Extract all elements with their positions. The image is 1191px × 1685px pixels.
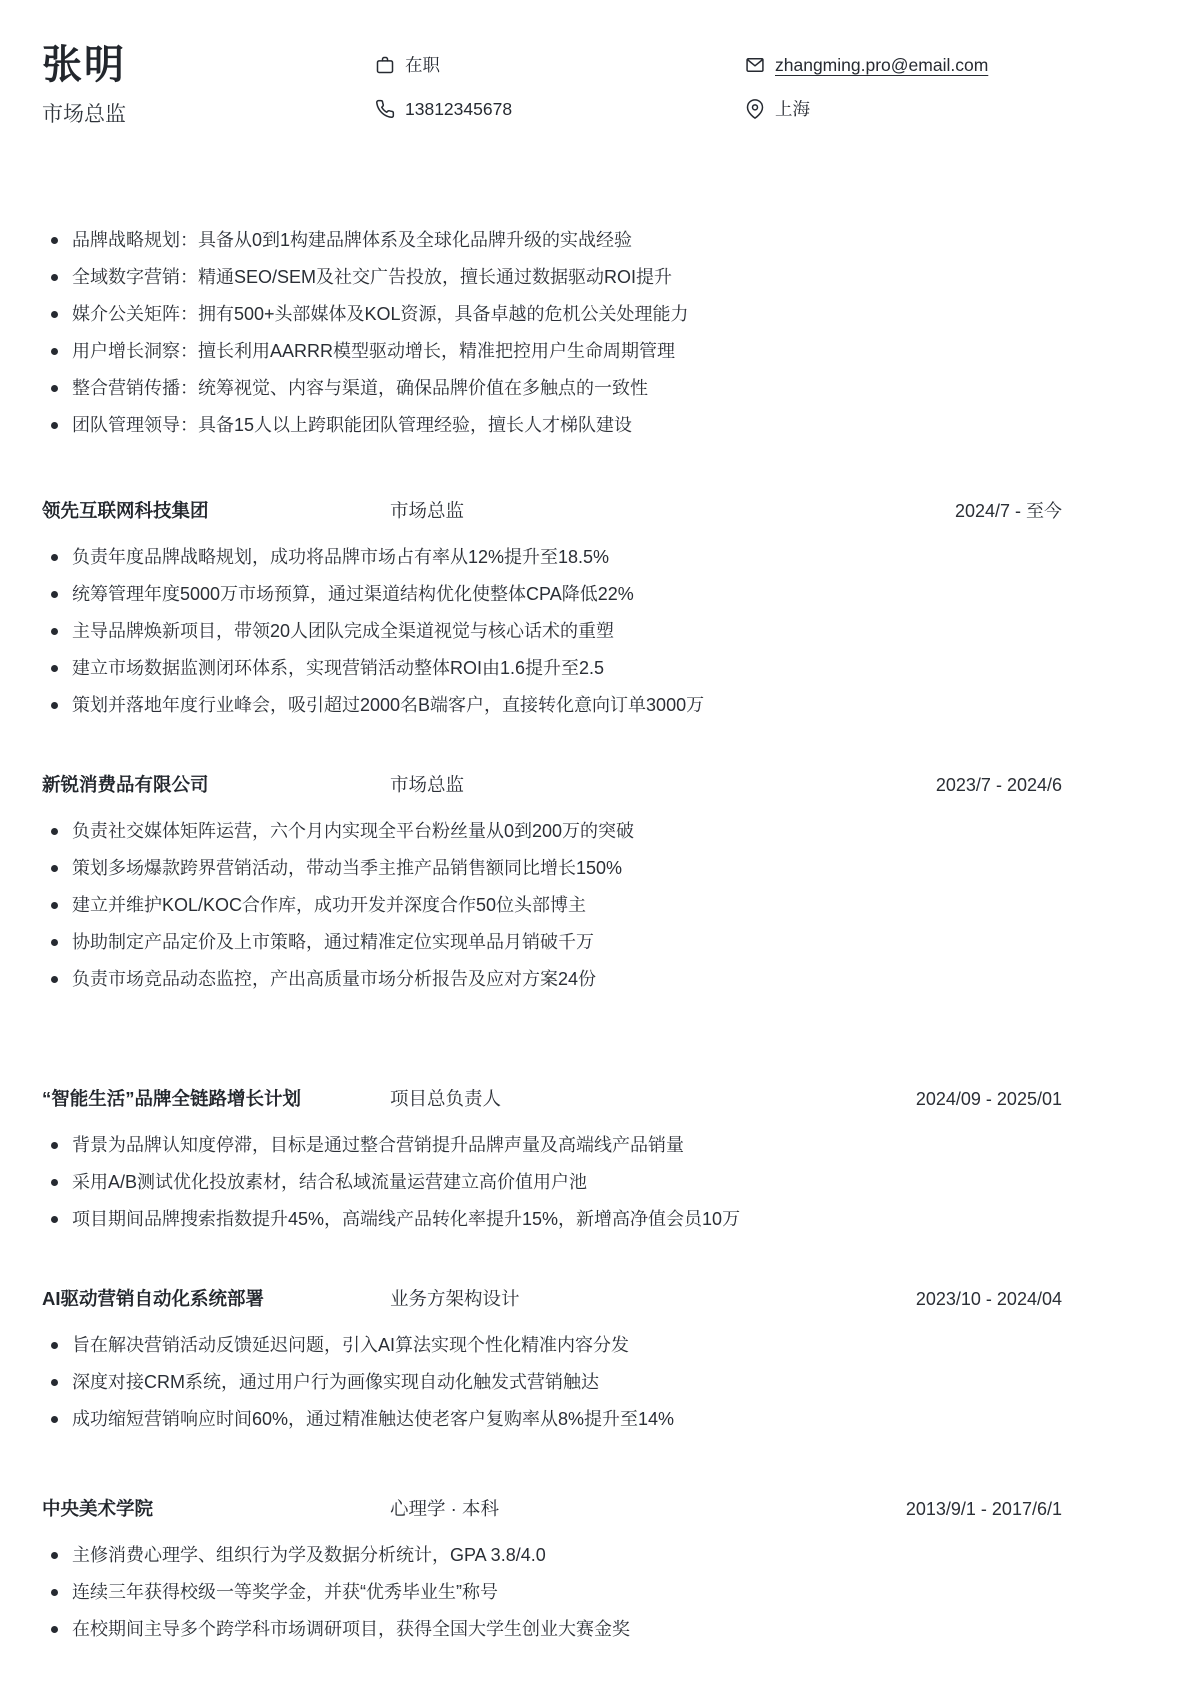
employment-status-item: 在职 (375, 54, 512, 76)
experience-bullet: 负责市场竞品动态监控，产出高质量市场分析报告及应对方案24份 (42, 961, 1062, 998)
resume-header: 张明 市场总监 在职 13812345678 zha (42, 42, 1062, 138)
major-degree: 心理学 · 本科 (390, 1494, 499, 1524)
education-section: 中央美术学院 心理学 · 本科 2013/9/1 - 2017/6/1 主修消费… (42, 1494, 1062, 1648)
project-entry-header: AI驱动营销自动化系统部署 业务方架构设计 2023/10 - 2024/04 (42, 1284, 1062, 1314)
date-range: 2013/9/1 - 2017/6/1 (906, 1494, 1062, 1524)
summary-item: 品牌战略规划：具备从0到1构建品牌体系及全球化品牌升级的实战经验 (42, 222, 1062, 259)
date-range: 2023/7 - 2024/6 (936, 770, 1062, 800)
employment-status-label: 在职 (405, 54, 440, 76)
education-bullet: 在校期间主导多个跨学科市场调研项目，获得全国大学生创业大赛金奖 (42, 1611, 1062, 1648)
education-entry-header: 中央美术学院 心理学 · 本科 2013/9/1 - 2017/6/1 (42, 1494, 1062, 1524)
experience-entry: 新锐消费品有限公司 市场总监 2023/7 - 2024/6 负责社交媒体矩阵运… (42, 770, 1062, 998)
experience-bullet-list: 负责社交媒体矩阵运营，六个月内实现全平台粉丝量从0到200万的突破 策划多场爆款… (42, 813, 1062, 998)
education-bullet-list: 主修消费心理学、组织行为学及数据分析统计，GPA 3.8/4.0 连续三年获得校… (42, 1537, 1062, 1648)
experience-entry-header: 领先互联网科技集团 市场总监 2024/7 - 至今 (42, 496, 1062, 526)
project-bullet-list: 旨在解决营销活动反馈延迟问题，引入AI算法实现个性化精准内容分发 深度对接CRM… (42, 1327, 1062, 1438)
project-role: 项目总负责人 (390, 1084, 501, 1114)
experience-bullet: 策划多场爆款跨界营销活动，带动当季主推产品销售额同比增长150% (42, 850, 1062, 887)
location-label: 上海 (775, 98, 810, 120)
experience-section: 领先互联网科技集团 市场总监 2024/7 - 至今 负责年度品牌战略规划，成功… (42, 496, 1062, 998)
education-entry: 中央美术学院 心理学 · 本科 2013/9/1 - 2017/6/1 主修消费… (42, 1494, 1062, 1648)
summary-list: 品牌战略规划：具备从0到1构建品牌体系及全球化品牌升级的实战经验 全域数字营销：… (42, 222, 1062, 444)
project-role: 业务方架构设计 (390, 1284, 520, 1314)
project-bullet: 采用A/B测试优化投放素材，结合私域流量运营建立高价值用户池 (42, 1164, 1062, 1201)
summary-item: 团队管理领导：具备15人以上跨职能团队管理经验，擅长人才梯队建设 (42, 407, 1062, 444)
phone-number: 13812345678 (405, 98, 512, 120)
job-title: 市场总监 (390, 496, 464, 526)
email-link[interactable]: zhangming.pro@email.com (775, 54, 988, 76)
experience-bullet: 建立市场数据监测闭环体系，实现营销活动整体ROI由1.6提升至2.5 (42, 650, 1062, 687)
project-bullet: 项目期间品牌搜索指数提升45%，高端线产品转化率提升15%，新增高净值会员10万 (42, 1201, 1062, 1238)
contact-column-2: zhangming.pro@email.com 上海 (745, 54, 988, 120)
project-bullet: 背景为品牌认知度停滞，目标是通过整合营销提升品牌声量及高端线产品销量 (42, 1127, 1062, 1164)
project-bullet: 成功缩短营销响应时间60%，通过精准触达使老客户复购率从8%提升至14% (42, 1401, 1062, 1438)
education-bullet: 主修消费心理学、组织行为学及数据分析统计，GPA 3.8/4.0 (42, 1537, 1062, 1574)
experience-bullet: 统筹管理年度5000万市场预算，通过渠道结构优化使整体CPA降低22% (42, 576, 1062, 613)
phone-icon (375, 99, 395, 119)
summary-item: 媒介公关矩阵：拥有500+头部媒体及KOL资源，具备卓越的危机公关处理能力 (42, 296, 1062, 333)
experience-bullet: 负责社交媒体矩阵运营，六个月内实现全平台粉丝量从0到200万的突破 (42, 813, 1062, 850)
education-bullet: 连续三年获得校级一等奖学金，并获“优秀毕业生”称号 (42, 1574, 1062, 1611)
experience-bullet-list: 负责年度品牌战略规划，成功将品牌市场占有率从12%提升至18.5% 统筹管理年度… (42, 539, 1062, 724)
experience-bullet: 负责年度品牌战略规划，成功将品牌市场占有率从12%提升至18.5% (42, 539, 1062, 576)
project-bullet: 旨在解决营销活动反馈延迟问题，引入AI算法实现个性化精准内容分发 (42, 1327, 1062, 1364)
experience-entry: 领先互联网科技集团 市场总监 2024/7 - 至今 负责年度品牌战略规划，成功… (42, 496, 1062, 724)
project-entry-header: “智能生活”品牌全链路增长计划 项目总负责人 2024/09 - 2025/01 (42, 1084, 1062, 1114)
job-title: 市场总监 (390, 770, 464, 800)
email-item: zhangming.pro@email.com (745, 54, 988, 76)
summary-section: 品牌战略规划：具备从0到1构建品牌体系及全球化品牌升级的实战经验 全域数字营销：… (42, 222, 1062, 444)
school-name: 中央美术学院 (42, 1494, 390, 1524)
experience-bullet: 策划并落地年度行业峰会，吸引超过2000名B端客户，直接转化意向订单3000万 (42, 687, 1062, 724)
briefcase-icon (375, 55, 395, 75)
company-name: 新锐消费品有限公司 (42, 770, 390, 800)
project-name: “智能生活”品牌全链路增长计划 (42, 1084, 390, 1114)
project-entry: AI驱动营销自动化系统部署 业务方架构设计 2023/10 - 2024/04 … (42, 1284, 1062, 1438)
project-bullet-list: 背景为品牌认知度停滞，目标是通过整合营销提升品牌声量及高端线产品销量 采用A/B… (42, 1127, 1062, 1238)
date-range: 2024/7 - 至今 (955, 496, 1062, 526)
summary-item: 整合营销传播：统筹视觉、内容与渠道，确保品牌价值在多触点的一致性 (42, 370, 1062, 407)
project-entry: “智能生活”品牌全链路增长计划 项目总负责人 2024/09 - 2025/01… (42, 1084, 1062, 1238)
project-name: AI驱动营销自动化系统部署 (42, 1284, 390, 1314)
resume-page: 张明 市场总监 在职 13812345678 zha (0, 0, 1191, 1685)
mail-icon (745, 55, 765, 75)
experience-bullet: 协助制定产品定价及上市策略，通过精准定位实现单品月销破千万 (42, 924, 1062, 961)
company-name: 领先互联网科技集团 (42, 496, 390, 526)
experience-bullet: 主导品牌焕新项目，带领20人团队完成全渠道视觉与核心话术的重塑 (42, 613, 1062, 650)
projects-section: “智能生活”品牌全链路增长计划 项目总负责人 2024/09 - 2025/01… (42, 1084, 1062, 1438)
date-range: 2024/09 - 2025/01 (916, 1084, 1062, 1114)
experience-bullet: 建立并维护KOL/KOC合作库，成功开发并深度合作50位头部博主 (42, 887, 1062, 924)
experience-entry-header: 新锐消费品有限公司 市场总监 2023/7 - 2024/6 (42, 770, 1062, 800)
location-pin-icon (745, 99, 765, 119)
date-range: 2023/10 - 2024/04 (916, 1284, 1062, 1314)
summary-item: 用户增长洞察：擅长利用AARRR模型驱动增长，精准把控用户生命周期管理 (42, 333, 1062, 370)
phone-item: 13812345678 (375, 98, 512, 120)
summary-item: 全域数字营销：精通SEO/SEM及社交广告投放，擅长通过数据驱动ROI提升 (42, 259, 1062, 296)
contact-column-1: 在职 13812345678 (375, 54, 512, 120)
project-bullet: 深度对接CRM系统，通过用户行为画像实现自动化触发式营销触达 (42, 1364, 1062, 1401)
location-item: 上海 (745, 98, 988, 120)
